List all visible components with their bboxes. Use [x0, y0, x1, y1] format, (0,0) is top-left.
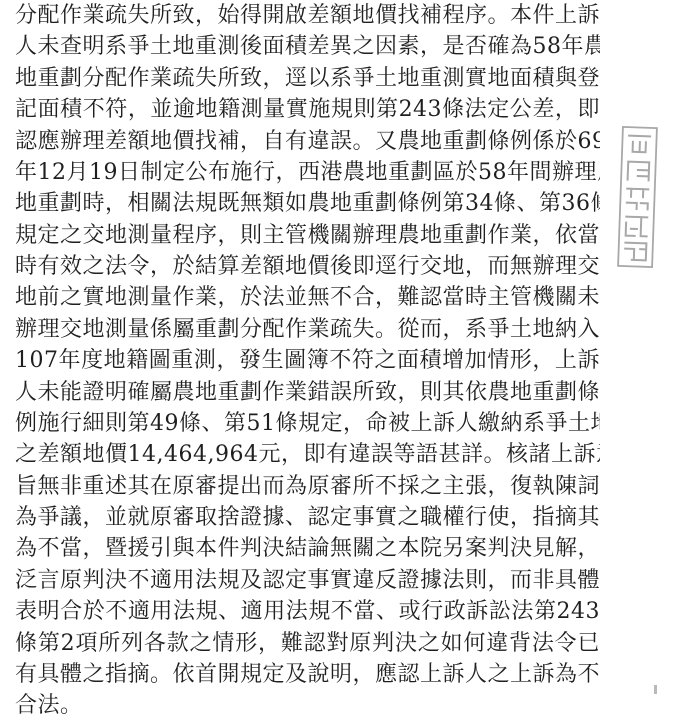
text-line: 時有效之法令，於結算差額地價後即逕行交地，而無辦理交 [15, 251, 600, 282]
text-line: 有具體之指摘。依首開規定及說明，應認上訴人之上訴為不 [15, 659, 600, 690]
text-line: 為爭議，並就原審取捨證據、認定事實之職權行使，指摘其 [15, 502, 600, 533]
text-line: 地前之實地測量作業，於法並無不合，難認當時主管機關未 [15, 282, 600, 313]
text-line: 地重劃分配作業疏失所致，逕以系爭土地重測實地面積與登 [15, 63, 600, 94]
text-line: 之差額地價14,464,964元，即有違誤等語甚詳。核諸上訴意 [15, 439, 600, 470]
document-text: 分配作業疏失所致，始得開啟差額地價找補程序。本件上訴人未查明系爭土地重測後面積差… [15, 0, 600, 722]
text-line: 107年度地籍圖重測，發生圖簿不符之面積增加情形，上訴 [15, 345, 600, 376]
text-line: 合法。 [15, 690, 600, 721]
scanned-court-document-page: 分配作業疏失所致，始得開啟差額地價找補程序。本件上訴人未查明系爭土地重測後面積差… [0, 0, 673, 722]
text-line: 規定之交地測量程序，則主管機關辦理農地重劃作業，依當 [15, 220, 600, 251]
seal-stamp [617, 125, 659, 268]
text-line: 人未查明系爭土地重測後面積差異之因素，是否確為58年農 [15, 31, 600, 62]
text-line: 人未能證明確屬農地重劃作業錯誤所致，則其依農地重劃條 [15, 377, 600, 408]
text-line: 為不當，暨援引與本件判決結論無關之本院另案判決見解， [15, 533, 600, 564]
text-line: 表明合於不適用法規、適用法規不當、或行政訴訟法第243 [15, 596, 600, 627]
text-line: 地重劃時，相關法規既無類如農地重劃條例第34條、第36條 [15, 188, 600, 219]
seal-stamp-icon [617, 125, 659, 268]
text-line: 泛言原判決不適用法規及認定事實違反證據法則，而非具體 [15, 565, 600, 596]
text-line: 年12月19日制定公布施行，西港農地重劃區於58年間辦理農 [15, 157, 600, 188]
text-line: 辦理交地測量係屬重劃分配作業疏失。從而，系爭土地納入 [15, 314, 600, 345]
scan-artifact [654, 685, 657, 694]
text-line: 認應辦理差額地價找補，自有違誤。又農地重劃條例係於69 [15, 126, 600, 157]
text-line: 記面積不符，並逾地籍測量實施規則第243條法定公差，即 [15, 94, 600, 125]
text-line: 旨無非重述其在原審提出而為原審所不採之主張，復執陳詞 [15, 471, 600, 502]
text-line: 條第2項所列各款之情形，難認對原判決之如何違背法令已 [15, 628, 600, 659]
text-line: 分配作業疏失所致，始得開啟差額地價找補程序。本件上訴 [15, 0, 600, 31]
text-line: 例施行細則第49條、第51條規定，命被上訴人繳納系爭土地 [15, 408, 600, 439]
